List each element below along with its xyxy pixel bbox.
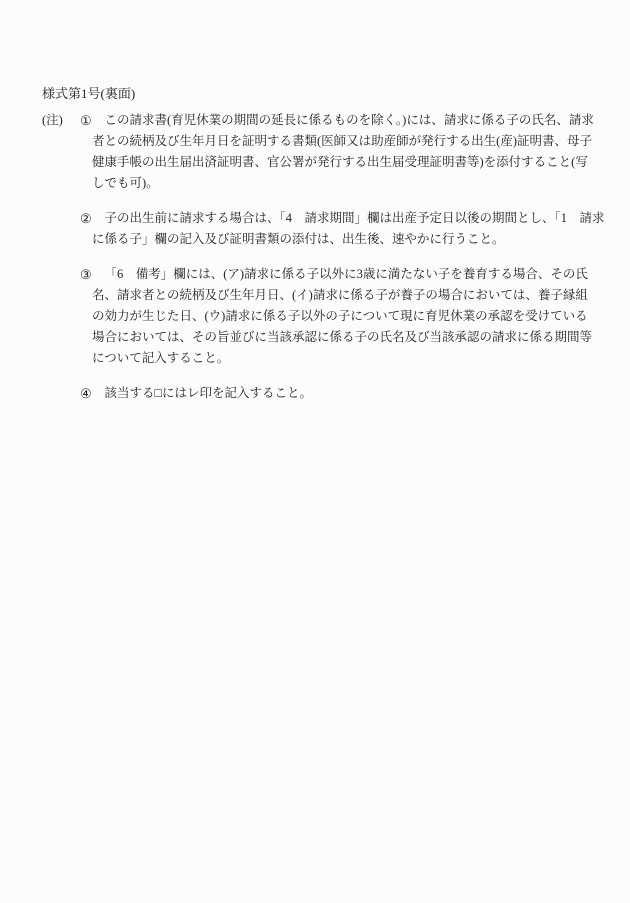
note-item-2: ② 子の出生前に請求する場合は、「4 請求期間」欄は出産予定日以後の期間とし、「… [80,208,610,250]
note-3-line-5: について記入すること。 [92,348,610,369]
note-items: ① この請求書(育児休業の期間の延長に係るものを除く。)には、請求に係る子の氏名… [80,110,610,404]
note-1-line-1: この請求書(育児休業の期間の延長に係るものを除く。)には、請求に係る子の氏名、請… [92,110,610,131]
note-number-1: ① [80,110,92,131]
document-page: 様式第1号(裏面) (注) ① この請求書(育児休業の期間の延長に係るものを除く… [0,0,630,903]
note-2-line-2: に係る子」欄の記入及び証明書類の添付は、出生後、速やかに行うこと。 [92,229,610,250]
note-number-4: ④ [80,383,92,404]
note-3-line-4: 場合においては、その旨並びに当該承認に係る子の氏名及び当該承認の請求に係る期間等 [92,327,610,348]
note-item-1: ① この請求書(育児休業の期間の延長に係るものを除く。)には、請求に係る子の氏名… [80,110,610,194]
notes-block: (注) ① この請求書(育児休業の期間の延長に係るものを除く。)には、請求に係る… [42,110,610,404]
note-3-line-2: 名、請求者との続柄及び生年月日、(イ)請求に係る子が養子の場合においては、養子縁… [92,285,610,306]
note-1-line-3: 健康手帳の出生届出済証明書、官公署が発行する出生届受理証明書等)を添付すること(… [92,152,610,173]
note-item-3: ③ 「6 備考」欄には、(ア)請求に係る子以外に3歳に満たない子を養育する場合、… [80,264,610,369]
note-3-line-3: の効力が生じた日、(ウ)請求に係る子以外の子について現に育児休業の承認を受けてい… [92,306,610,327]
note-3-line-1: 「6 備考」欄には、(ア)請求に係る子以外に3歳に満たない子を養育する場合、その… [92,264,610,285]
note-2-line-1: 子の出生前に請求する場合は、「4 請求期間」欄は出産予定日以後の期間とし、「1 … [92,208,610,229]
notes-label: (注) [42,110,80,131]
note-4-line-1: 該当する□にはレ印を記入すること。 [92,383,610,404]
note-1-line-4: しでも可)。 [92,173,610,194]
note-item-4: ④ 該当する□にはレ印を記入すること。 [80,383,610,404]
note-number-3: ③ [80,264,92,285]
note-1-line-2: 者との続柄及び生年月日を証明する書類(医師又は助産師が発行する出生(産)証明書、… [92,131,610,152]
note-number-2: ② [80,208,92,229]
page-title: 様式第1号(裏面) [42,83,135,104]
